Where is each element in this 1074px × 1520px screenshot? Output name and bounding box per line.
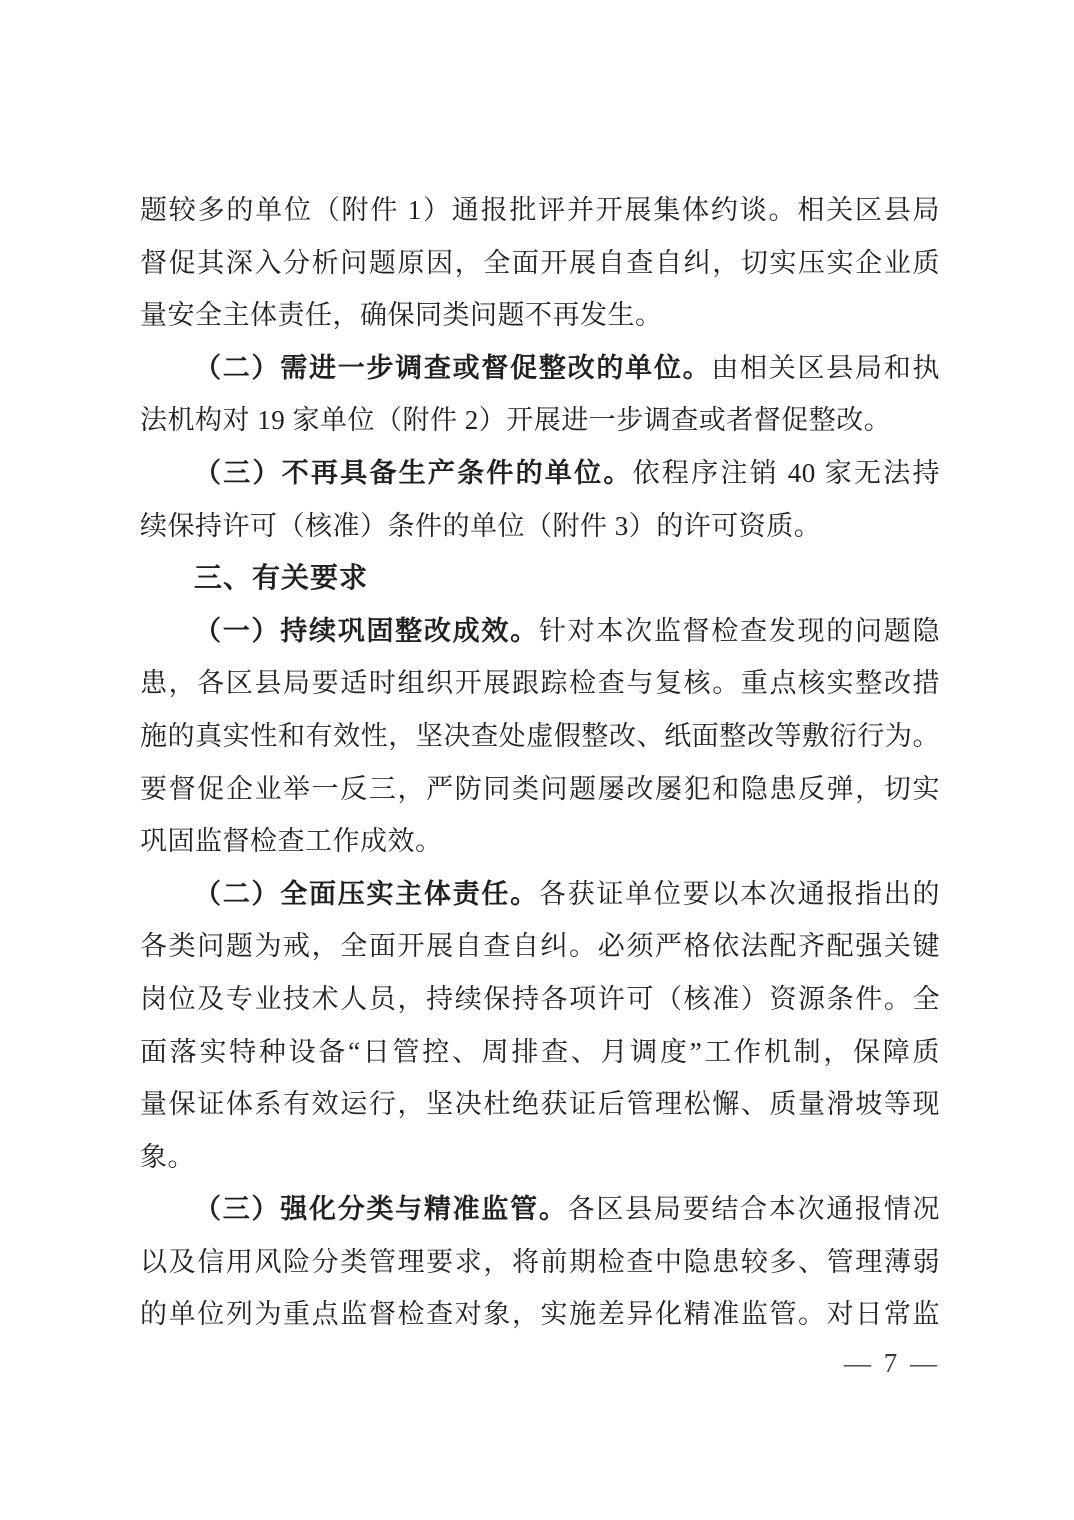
document-page: 题较多的单位（附件 1）通报批评并开展集体约谈。相关区县局 督促其深入分析问题原… — [0, 0, 1074, 1520]
text-line: 施的真实性和有效性，坚决查处虚假整改、纸面整改等敷衍行为。 — [140, 710, 940, 763]
paragraph-lead: （一）持续巩固整改成效。 — [194, 616, 539, 646]
document-body: 题较多的单位（附件 1）通报批评并开展集体约谈。相关区县局 督促其深入分析问题原… — [140, 184, 940, 1341]
paragraph-lead: （二）全面压实主体责任。 — [194, 879, 539, 909]
text-line: 象。 — [140, 1131, 940, 1184]
section-heading: 三、有关要求 — [140, 552, 940, 605]
page-number: — 7 — — [844, 1345, 940, 1381]
text-line: （一）持续巩固整改成效。针对本次监督检查发现的问题隐 — [140, 605, 940, 658]
paragraph-lead: （三）强化分类与精准监管。 — [194, 1194, 568, 1224]
text-line: 以及信用风险分类管理要求，将前期检查中隐患较多、管理薄弱 — [140, 1236, 940, 1289]
text-line: 巩固监督检查工作成效。 — [140, 815, 940, 868]
text-line: 量安全主体责任，确保同类问题不再发生。 — [140, 289, 940, 342]
paragraph-lead: （三）不再具备生产条件的单位。 — [194, 458, 633, 488]
text-line: （三）强化分类与精准监管。各区县局要结合本次通报情况 — [140, 1183, 940, 1236]
text-line: （二）需进一步调查或督促整改的单位。由相关区县局和执 — [140, 342, 940, 395]
text-line: 题较多的单位（附件 1）通报批评并开展集体约谈。相关区县局 — [140, 184, 940, 237]
paragraph-lead: （二）需进一步调查或督促整改的单位。 — [194, 353, 711, 383]
text-line: 量保证体系有效运行，坚决杜绝获证后管理松懈、质量滑坡等现 — [140, 1078, 940, 1131]
text-line: 法机构对 19 家单位（附件 2）开展进一步调查或者督促整改。 — [140, 394, 940, 447]
text-line: 要督促企业举一反三，严防同类问题屡改屡犯和隐患反弹，切实 — [140, 763, 940, 816]
text-line: 续保持许可（核准）条件的单位（附件 3）的许可资质。 — [140, 500, 940, 553]
text-line: 患，各区县局要适时组织开展跟踪检查与复核。重点核实整改措 — [140, 657, 940, 710]
text-line: 督促其深入分析问题原因，全面开展自查自纠，切实压实企业质 — [140, 237, 940, 290]
text-line: （二）全面压实主体责任。各获证单位要以本次通报指出的 — [140, 868, 940, 921]
text-line: （三）不再具备生产条件的单位。依程序注销 40 家无法持 — [140, 447, 940, 500]
text-line: 面落实特种设备“日管控、周排查、月调度”工作机制，保障质 — [140, 1026, 940, 1079]
text-line: 的单位列为重点监督检查对象，实施差异化精准监管。对日常监 — [140, 1288, 940, 1341]
text-line: 各类问题为戒，全面开展自查自纠。必须严格依法配齐配强关键 — [140, 920, 940, 973]
text-line: 岗位及专业技术人员，持续保持各项许可（核准）资源条件。全 — [140, 973, 940, 1026]
